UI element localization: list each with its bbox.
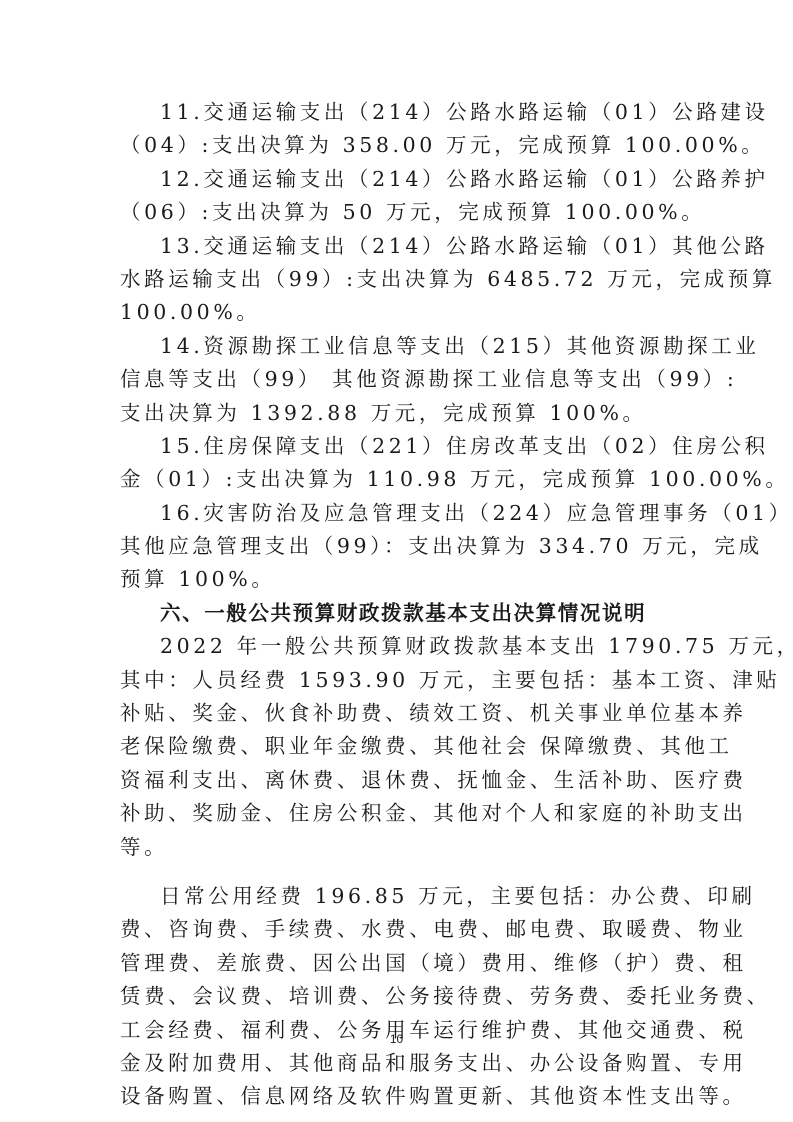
item-line: 13.交通运输支出（214）公路水路运输（01）其他公路 — [120, 230, 702, 263]
paragraph-line: 设备购置、信息网络及软件购置更新、其他资本性支出等。 — [120, 1080, 702, 1113]
item-line: 14.资源勘探工业信息等支出（215）其他资源勘探工业 — [120, 330, 702, 363]
paragraph-line: 补贴、奖金、伙食补助费、绩效工资、机关事业单位基本养 — [120, 697, 702, 730]
paragraph-line: 资福利支出、离休费、退休费、抚恤金、生活补助、医疗费 — [120, 764, 702, 797]
item-line: 预算 100%。 — [120, 563, 702, 596]
item-line: 16.灾害防治及应急管理支出（224）应急管理事务（01） — [120, 497, 702, 530]
paragraph-line: 金及附加费用、其他商品和服务支出、办公设备购置、专用 — [120, 1047, 702, 1080]
item-line: 金（01）:支出决算为 110.98 万元，完成预算 100.00%。 — [120, 463, 702, 496]
item-line: 其他应急管理支出（99）：支出决算为 334.70 万元，完成 — [120, 530, 702, 563]
item-line: 支出决算为 1392.88 万元，完成预算 100%。 — [120, 397, 702, 430]
paragraph-line: 赁费、会议费、培训费、公务接待费、劳务费、委托业务费、 — [120, 980, 702, 1013]
section-heading: 六、一般公共预算财政拨款基本支出决算情况说明 — [120, 597, 702, 630]
paragraph-basic-expenditure: 2022 年一般公共预算财政拨款基本支出 1790.75 万元， 其中：人员经费… — [120, 630, 702, 864]
expenditure-item-12: 12.交通运输支出（214）公路水路运输（01）公路养护 （06）:支出决算为 … — [120, 163, 702, 230]
expenditure-item-16: 16.灾害防治及应急管理支出（224）应急管理事务（01） 其他应急管理支出（9… — [120, 497, 702, 597]
paragraph-line: 费、咨询费、手续费、水费、电费、邮电费、取暖费、物业 — [120, 913, 702, 946]
paragraph-line: 等。 — [120, 831, 702, 864]
item-line: 100.00%。 — [120, 296, 702, 329]
expenditure-item-13: 13.交通运输支出（214）公路水路运输（01）其他公路 水路运输支出（99）:… — [120, 230, 702, 330]
item-line: 12.交通运输支出（214）公路水路运输（01）公路养护 — [120, 163, 702, 196]
expenditure-item-14: 14.资源勘探工业信息等支出（215）其他资源勘探工业 信息等支出（99） 其他… — [120, 330, 702, 430]
paragraph-line: 日常公用经费 196.85 万元，主要包括：办公费、印刷 — [120, 880, 702, 913]
expenditure-item-15: 15.住房保障支出（221）住房改革支出（02）住房公积 金（01）:支出决算为… — [120, 430, 702, 497]
page-number: 10 — [0, 1032, 793, 1046]
paragraph-line: 管理费、差旅费、因公出国（境）费用、维修（护）费、租 — [120, 947, 702, 980]
expenditure-item-11: 11.交通运输支出（214）公路水路运输（01）公路建设 （04）:支出决算为 … — [120, 96, 702, 163]
item-line: 11.交通运输支出（214）公路水路运输（01）公路建设 — [120, 96, 702, 129]
item-line: （04）:支出决算为 358.00 万元，完成预算 100.00%。 — [120, 129, 702, 162]
item-line: 信息等支出（99） 其他资源勘探工业信息等支出（99）: — [120, 363, 702, 396]
paragraph-line: 老保险缴费、职业年金缴费、其他社会 保障缴费、其他工 — [120, 730, 702, 763]
item-line: 15.住房保障支出（221）住房改革支出（02）住房公积 — [120, 430, 702, 463]
paragraph-line: 其中：人员经费 1593.90 万元，主要包括：基本工资、津贴 — [120, 664, 702, 697]
item-line: （06）:支出决算为 50 万元，完成预算 100.00%。 — [120, 196, 702, 229]
paragraph-line: 2022 年一般公共预算财政拨款基本支出 1790.75 万元， — [120, 630, 702, 663]
item-line: 水路运输支出（99）:支出决算为 6485.72 万元，完成预算 — [120, 263, 702, 296]
paragraph-public-expenses: 日常公用经费 196.85 万元，主要包括：办公费、印刷 费、咨询费、手续费、水… — [120, 880, 702, 1114]
document-page: 11.交通运输支出（214）公路水路运输（01）公路建设 （04）:支出决算为 … — [120, 96, 702, 1114]
paragraph-line: 补助、奖励金、住房公积金、其他对个人和家庭的补助支出 — [120, 797, 702, 830]
